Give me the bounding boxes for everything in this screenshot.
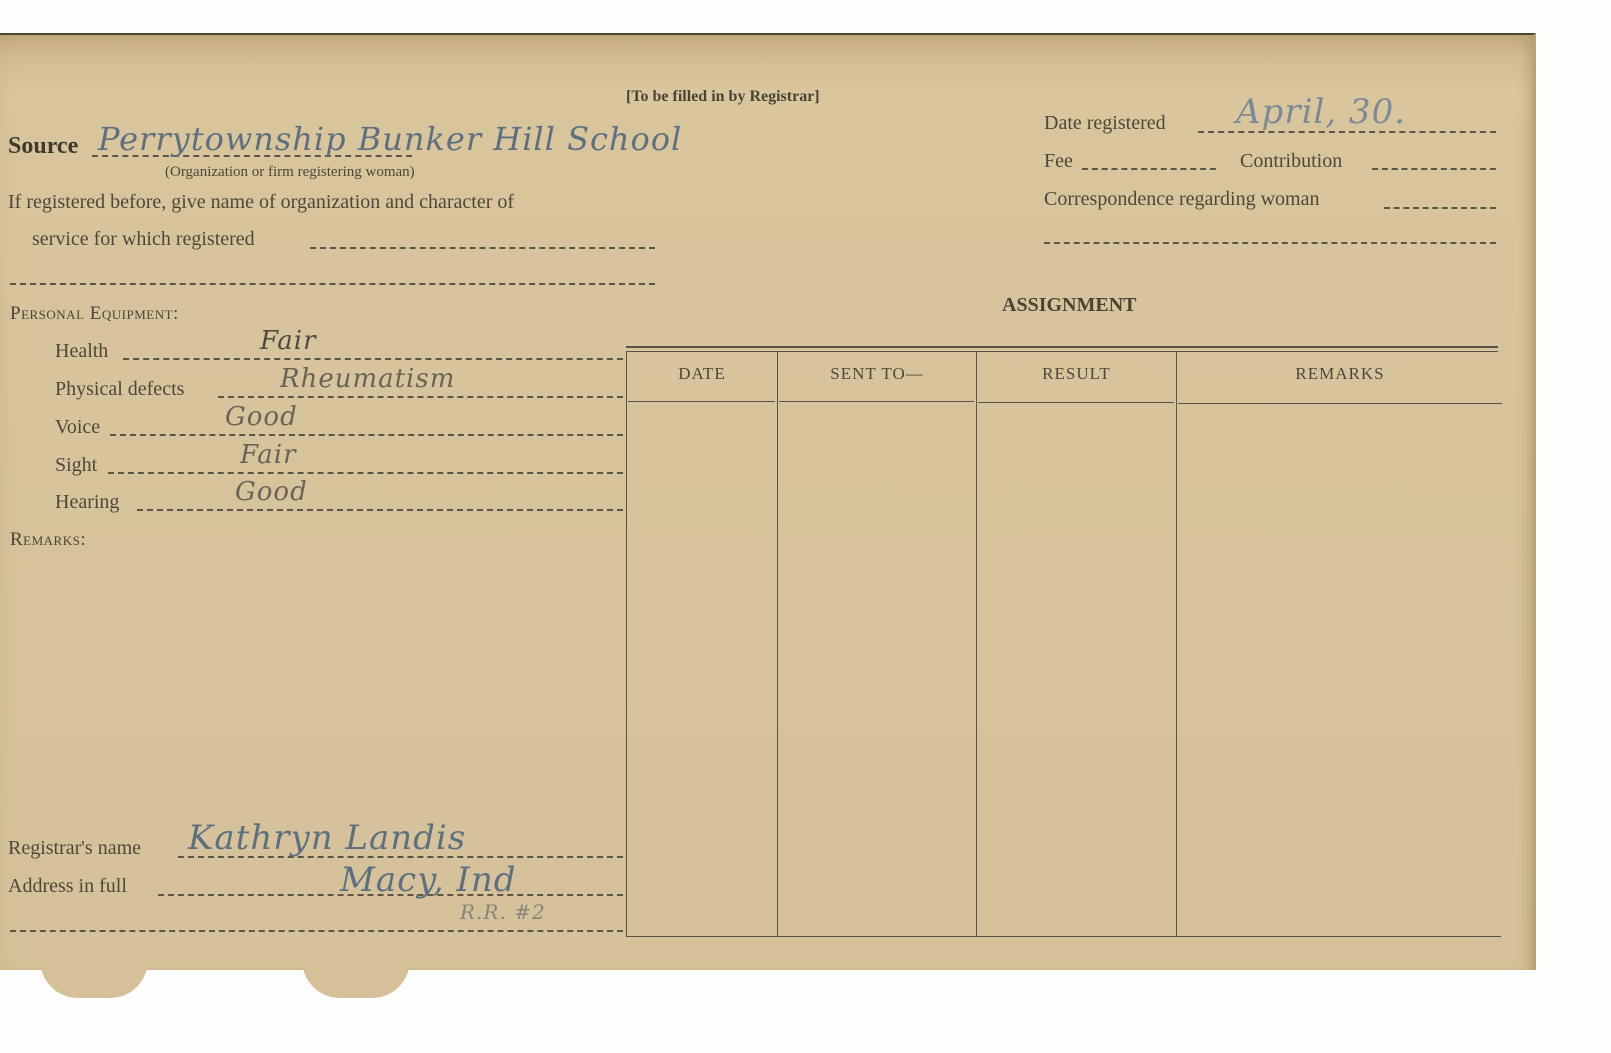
physical-defects-value[interactable]: Rheumatism	[280, 364, 455, 394]
header-rule-result	[978, 402, 1174, 403]
health-line	[123, 358, 623, 360]
previous-registration-line1: If registered before, give name of organ…	[8, 191, 514, 214]
source-label: Source	[8, 133, 78, 160]
column-divider-1	[777, 351, 778, 936]
physical-defects-line	[218, 396, 623, 398]
date-registered-label: Date registered	[1044, 112, 1166, 135]
source-value[interactable]: Perrytownship Bunker Hill School	[98, 120, 682, 158]
header-rule-sent-to	[779, 401, 974, 402]
hearing-value[interactable]: Good	[235, 477, 308, 507]
voice-label: Voice	[55, 416, 100, 439]
column-header-date: DATE	[627, 364, 777, 384]
contribution-label: Contribution	[1240, 150, 1342, 173]
registrar-note: [To be filled in by Registrar]	[626, 88, 820, 106]
assignment-result-cell[interactable]	[978, 404, 1174, 934]
table-bottom-rule	[626, 936, 1501, 937]
previous-registration-field[interactable]	[310, 247, 655, 249]
previous-registration-field-2[interactable]	[10, 283, 655, 285]
assignment-top-rule	[626, 346, 1498, 348]
card-tab-right	[302, 960, 410, 998]
contribution-field[interactable]	[1372, 168, 1496, 170]
hearing-line	[137, 509, 623, 511]
hearing-label: Hearing	[55, 491, 119, 514]
registrar-name-value[interactable]: Kathryn Landis	[188, 818, 466, 858]
assignment-title: ASSIGNMENT	[1002, 294, 1136, 317]
remarks-label: Remarks:	[10, 529, 86, 551]
voice-line	[110, 434, 623, 436]
address-line-2	[10, 930, 623, 932]
physical-defects-label: Physical defects	[55, 378, 184, 401]
correspondence-label: Correspondence regarding woman	[1044, 188, 1319, 211]
registrar-name-label: Registrar's name	[8, 837, 141, 860]
fee-label: Fee	[1044, 150, 1073, 173]
personal-equipment-title: Personal Equipment:	[10, 303, 179, 325]
assignment-date-cell[interactable]	[628, 404, 775, 934]
card-tab-left	[40, 960, 148, 998]
column-divider-3	[1176, 351, 1177, 936]
health-label: Health	[55, 340, 108, 363]
correspondence-field-2[interactable]	[1044, 242, 1496, 244]
address-label: Address in full	[8, 875, 127, 898]
remarks-field[interactable]	[10, 560, 610, 820]
health-value[interactable]: Fair	[260, 326, 317, 356]
column-header-result: RESULT	[977, 364, 1176, 384]
address-line2-value[interactable]: R.R. #2	[460, 900, 546, 924]
voice-value[interactable]: Good	[225, 402, 298, 432]
sight-value[interactable]: Fair	[240, 440, 297, 470]
assignment-remarks-cell[interactable]	[1178, 404, 1502, 934]
source-caption: (Organization or firm registering woman)	[165, 164, 415, 181]
assignment-sent-to-cell[interactable]	[779, 404, 974, 934]
header-rule-date	[628, 401, 775, 402]
address-value[interactable]: Macy, Ind	[340, 860, 517, 900]
sight-line	[108, 472, 623, 474]
table-border-left	[626, 351, 627, 936]
column-header-sent-to: SENT TO—	[778, 364, 976, 384]
fee-field[interactable]	[1082, 168, 1216, 170]
column-header-remarks: REMARKS	[1177, 364, 1503, 384]
date-registered-value[interactable]: April, 30.	[1236, 92, 1406, 132]
sight-label: Sight	[55, 454, 97, 477]
previous-registration-line2: service for which registered	[32, 228, 255, 251]
correspondence-field[interactable]	[1384, 207, 1496, 209]
column-divider-2	[976, 351, 977, 936]
assignment-top-rule-2	[626, 351, 1498, 352]
